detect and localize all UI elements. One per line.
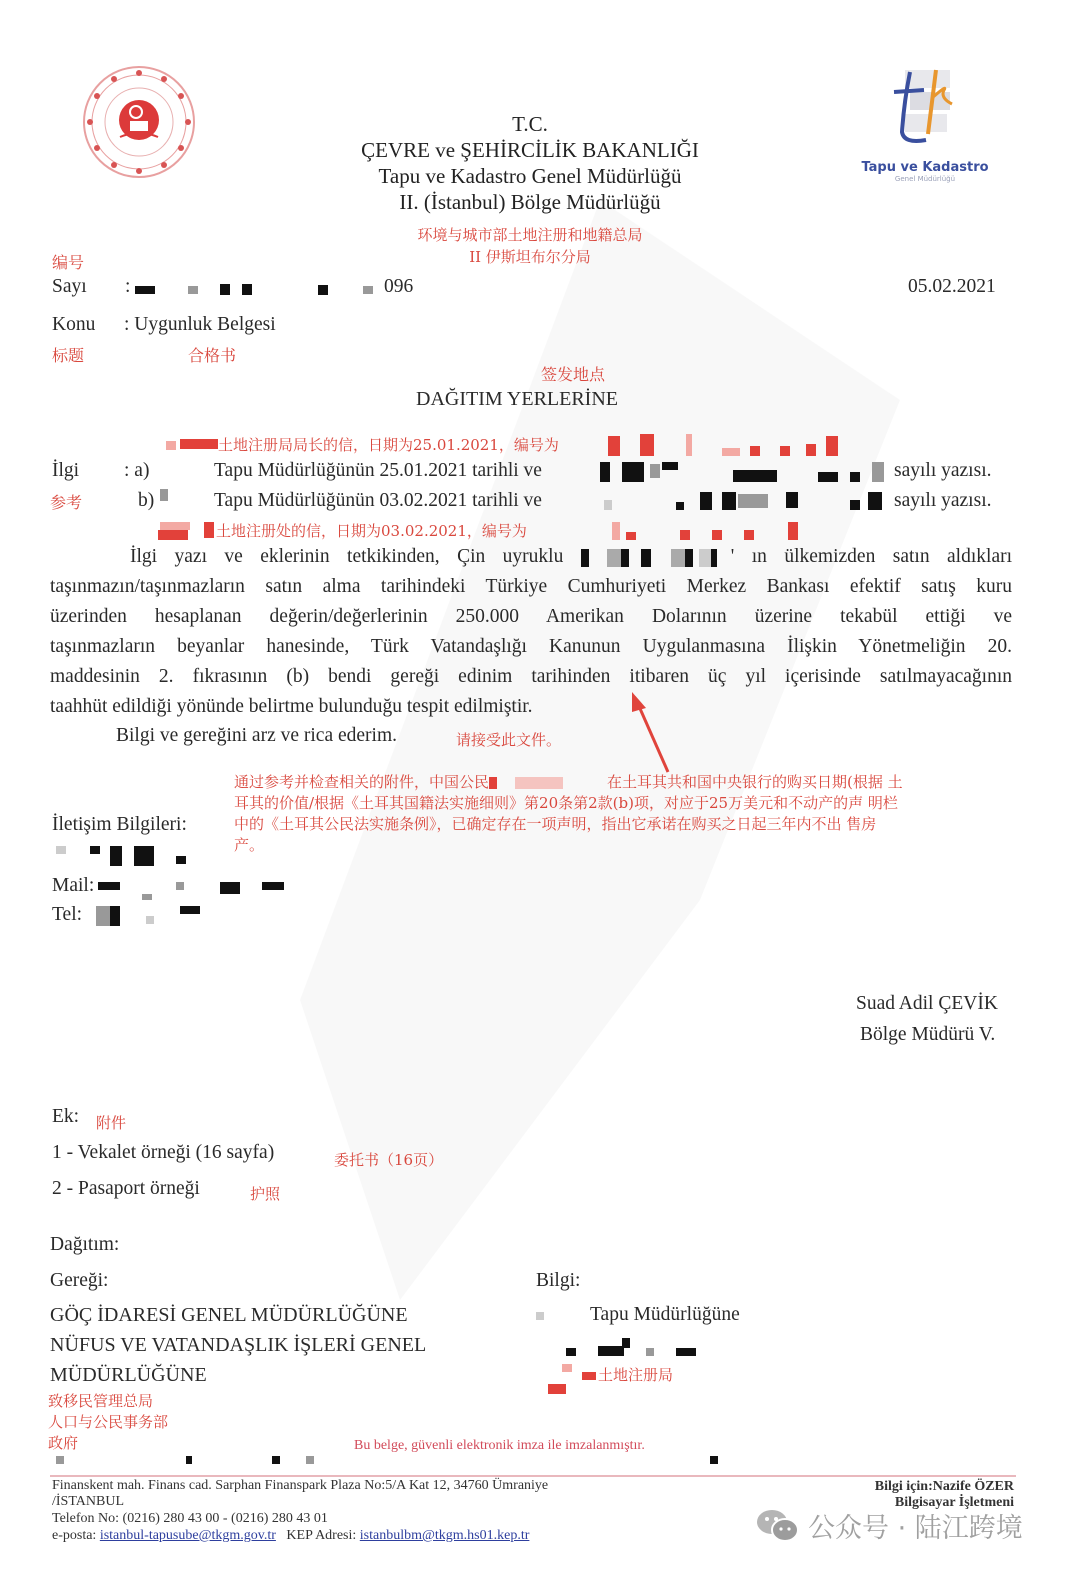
- redacted-info: [562, 1364, 572, 1372]
- action-recipient-1: GÖÇ İDARESİ GENEL MÜDÜRLÜĞÜNE: [50, 1304, 408, 1327]
- number-suffix: 096: [384, 276, 413, 298]
- redacted-ref: [733, 470, 777, 482]
- redacted-ref: [204, 522, 214, 538]
- translation-line-3: 中的《土耳其公民法实施条例》，已确定存在一项声明，指出它承诺在购买之日起三年内不…: [234, 814, 1024, 835]
- redacted-ref: [818, 472, 838, 482]
- redacted-ref: [850, 472, 860, 482]
- tkgm-logo-subtext: Genel Müdürlüğü: [860, 175, 990, 183]
- header-regional: II. (İstanbul) Bölge Müdürlüğü: [230, 190, 830, 215]
- redacted-ref: [738, 494, 768, 508]
- reference-b-note-cn: 土地注册处的信，日期为03.02.2021，编号为: [216, 520, 527, 541]
- reference-label-cn: 参考: [50, 490, 82, 513]
- distribution-heading: DAĞITIM YERLERİNE: [416, 388, 618, 411]
- redacted-info: [548, 1384, 566, 1394]
- annotation-arrow-icon: [620, 690, 680, 780]
- signatory-title: Bölge Müdürü V.: [860, 1024, 995, 1046]
- document-date: 05.02.2021: [908, 276, 996, 298]
- redacted-ref: [868, 492, 882, 510]
- reference-a-note-cn: 土地注册局局长的信，日期为25.01.2021，编号为: [218, 434, 559, 455]
- redacted-ref: [662, 462, 678, 470]
- redacted-info: [566, 1348, 576, 1356]
- contact-title: İletişim Bilgileri:: [52, 814, 187, 836]
- translation-line-2: 耳其的价值/根据《土耳其国籍法实施细则》第20条第2款(b)项，对应于25万美元…: [234, 793, 1024, 814]
- footer-divider: [50, 1475, 1016, 1477]
- attachments-label: Ek:: [52, 1106, 79, 1128]
- redacted-contact: [134, 846, 154, 866]
- redacted-contact: [90, 846, 100, 854]
- subject-value-cn: 合格书: [188, 343, 236, 366]
- redacted-number: [363, 286, 373, 294]
- number-colon: :: [125, 276, 130, 298]
- redacted-ref: [700, 492, 712, 510]
- action-recipient-cn-1: 致移民管理总局: [48, 1390, 153, 1411]
- redacted-ref: [850, 500, 860, 510]
- redacted-ref: [680, 530, 690, 540]
- redacted-info: [598, 1346, 624, 1356]
- header-cn-line1: 环境与城市部土地注册和地籍总局: [230, 224, 830, 245]
- redacted-footer: [306, 1456, 314, 1464]
- reference-a-text: Tapu Müdürlüğünün 25.01.2021 tarihli ve: [214, 460, 542, 482]
- redacted-phone: [96, 906, 110, 926]
- distribution-cn: 签发地点: [541, 362, 605, 385]
- mail-label: Mail:: [52, 875, 94, 897]
- translation-line-4: 产。: [234, 835, 1024, 856]
- body-line-3: üzerinden hesaplanan değerin/değerlerini…: [50, 602, 1012, 632]
- body-line-4: taşınmazların beyanlar hanesinde, Türk V…: [50, 632, 1012, 662]
- attachment-item-2: 2 - Pasaport örneği: [52, 1178, 200, 1200]
- subject-value: : Uygunluk Belgesi: [124, 314, 276, 336]
- attachments-label-cn: 附件: [96, 1112, 126, 1133]
- action-recipient-3: MÜDÜRLÜĞÜNE: [50, 1364, 207, 1387]
- redacted-ref: [604, 500, 612, 510]
- body-paragraph: İlgi yazı ve eklerinin tetkikinden, Çin …: [50, 542, 1012, 722]
- redacted-email: [220, 882, 240, 894]
- header-directorate: Tapu ve Kadastro Genel Müdürlüğü: [230, 164, 830, 189]
- header-ministry: ÇEVRE ve ŞEHİRCİLİK BAKANLIĞI: [230, 138, 830, 163]
- action-recipient-cn-2: 人口与公民事务部: [48, 1411, 168, 1432]
- redacted-ref: [806, 444, 816, 456]
- reference-b-text: Tapu Müdürlüğünün 03.02.2021 tarihli ve: [214, 490, 542, 512]
- action-label: Gereği:: [50, 1270, 108, 1292]
- redacted-info: [676, 1348, 696, 1356]
- kep-label: KEP Adresi:: [286, 1528, 356, 1543]
- kep-link[interactable]: istanbulbm@tkgm.hs01.kep.tr: [360, 1528, 530, 1543]
- redacted-ref: [612, 522, 620, 540]
- redacted-info: [536, 1312, 544, 1320]
- email-link[interactable]: istanbul-tapusube@tkgm.gov.tr: [100, 1528, 276, 1543]
- redacted-email: [262, 882, 284, 890]
- closing-text: Bilgi ve gereğini arz ve rica ederim.: [116, 725, 397, 747]
- tapu-kadastro-logo: Tapu ve Kadastro Genel Müdürlüğü: [860, 62, 990, 182]
- email-label: e-posta:: [52, 1528, 96, 1543]
- redacted-ref: [872, 462, 884, 482]
- ministry-seal-icon: [80, 65, 198, 180]
- redacted-info: [646, 1348, 654, 1356]
- redacted-ref: [626, 532, 636, 540]
- redacted-email: [142, 894, 152, 900]
- redacted-ref: [722, 492, 736, 510]
- redacted-number: [242, 284, 252, 295]
- redacted-ref: [722, 448, 740, 456]
- body-line-5: maddesinin 2. fıkrasının (b) bendi gereğ…: [50, 662, 1012, 692]
- redacted-contact: [176, 856, 186, 864]
- redacted-name: [581, 549, 731, 567]
- redacted-ref: [744, 530, 754, 540]
- action-recipient-2: NÜFUS VE VATANDAŞLIK İŞLERİ GENEL: [50, 1334, 426, 1357]
- closing-text-cn: 请接受此文件。: [456, 729, 561, 750]
- redacted-ref: [676, 502, 684, 510]
- redacted-number: [135, 286, 155, 294]
- subject-label: Konu: [52, 314, 95, 336]
- redacted-number: [220, 284, 230, 295]
- redacted-ref: [712, 530, 722, 540]
- redacted-ref: [786, 492, 798, 508]
- redacted-footer: [272, 1456, 280, 1464]
- signatory-name: Suad Adil ÇEVİK: [856, 993, 998, 1015]
- esign-note: Bu belge, güvenli elektronik imza ile im…: [354, 1438, 645, 1454]
- action-recipient-cn-3: 政府: [48, 1432, 78, 1453]
- attachment-item-1-cn: 委托书（16页）: [334, 1149, 443, 1170]
- tkgm-logo-icon: [860, 62, 990, 157]
- subject-label-cn: 标题: [52, 343, 84, 366]
- redacted-footer: [186, 1456, 192, 1464]
- info-recipient: Tapu Müdürlüğüne: [590, 1304, 740, 1326]
- redacted-ref: [600, 462, 610, 482]
- redacted-number: [318, 285, 328, 295]
- attachment-item-2-cn: 护照: [250, 1183, 280, 1204]
- body-line-1: İlgi yazı ve eklerinin tetkikinden, Çin …: [50, 542, 1012, 572]
- redacted-email: [98, 882, 120, 890]
- redacted-ref: [160, 489, 168, 501]
- redacted-ref: [788, 522, 798, 540]
- attachment-item-1: 1 - Vekalet örneği (16 sayfa): [52, 1142, 274, 1164]
- redacted-phone: [180, 906, 200, 914]
- translation-note: 通过参考并检查相关的附件，中国公民在土耳其共和国中央银行的购买日期(根据 土 耳…: [234, 772, 1024, 856]
- header-cn-line2: II 伊斯坦布尔分局: [230, 246, 830, 267]
- redacted-contact: [110, 846, 122, 866]
- footer-address-1: Finanskent mah. Finans cad. Sarphan Fina…: [52, 1478, 548, 1494]
- ministry-seal-logo: [80, 65, 198, 180]
- redacted-ref: [158, 530, 188, 540]
- redacted-contact: [56, 846, 66, 854]
- redacted-name-cn: [489, 777, 607, 789]
- reference-a-marker: : a): [124, 460, 149, 482]
- info-label: Bilgi:: [536, 1270, 580, 1292]
- reference-b-marker: b): [138, 490, 154, 512]
- wechat-icon: [756, 1508, 800, 1544]
- footer-address-2: /İSTANBUL: [52, 1494, 124, 1510]
- redacted-footer: [56, 1456, 64, 1464]
- redacted-ref: [166, 441, 176, 450]
- redacted-phone: [146, 916, 154, 924]
- redacted-phone: [110, 906, 120, 926]
- reference-label: İlgi: [52, 460, 79, 482]
- redacted-ref: [826, 436, 838, 456]
- header-tc: T.C.: [230, 112, 830, 137]
- redacted-ref: [160, 522, 190, 530]
- redacted-ref: [750, 446, 760, 456]
- footer-info-contact: Bilgi için:Nazife ÖZER: [875, 1479, 1014, 1495]
- reference-a-suffix: sayılı yazısı.: [894, 460, 991, 482]
- redacted-ref: [686, 434, 692, 456]
- redacted-footer: [710, 1456, 718, 1464]
- wechat-account-name: 公众号 · 陆江跨境: [808, 1506, 1023, 1545]
- redacted-ref: [640, 434, 654, 456]
- body-line-2: taşınmazın/taşınmazların satın alma tari…: [50, 572, 1012, 602]
- redacted-ref: [650, 464, 660, 478]
- number-label: Sayı: [52, 276, 87, 298]
- footer-email-row: e-posta: istanbul-tapusube@tkgm.gov.tr K…: [52, 1528, 529, 1544]
- info-recipient-cn: 土地注册局: [598, 1364, 673, 1385]
- distribution-label: Dağıtım:: [50, 1234, 119, 1256]
- translation-line-1: 通过参考并检查相关的附件，中国公民在土耳其共和国中央银行的购买日期(根据 土: [234, 772, 1024, 793]
- wechat-watermark: 公众号 · 陆江跨境: [756, 1506, 1023, 1545]
- reference-b-suffix: sayılı yazısı.: [894, 490, 991, 512]
- redacted-ref: [608, 436, 620, 456]
- number-label-cn: 编号: [52, 250, 84, 273]
- footer-phone: Telefon No: (0216) 280 43 00 - (0216) 28…: [52, 1511, 328, 1527]
- redacted-ref: [622, 462, 644, 482]
- tkgm-logo-text: Tapu ve Kadastro: [860, 160, 990, 175]
- redacted-number: [188, 286, 198, 294]
- redacted-ref: [180, 439, 218, 449]
- tel-label: Tel:: [52, 904, 82, 926]
- body-line-6: taahhüt edildiği yönünde belirtme bulund…: [50, 692, 1012, 722]
- redacted-info: [622, 1338, 630, 1348]
- redacted-info: [582, 1372, 596, 1380]
- redacted-ref: [780, 446, 790, 456]
- redacted-email: [176, 882, 184, 890]
